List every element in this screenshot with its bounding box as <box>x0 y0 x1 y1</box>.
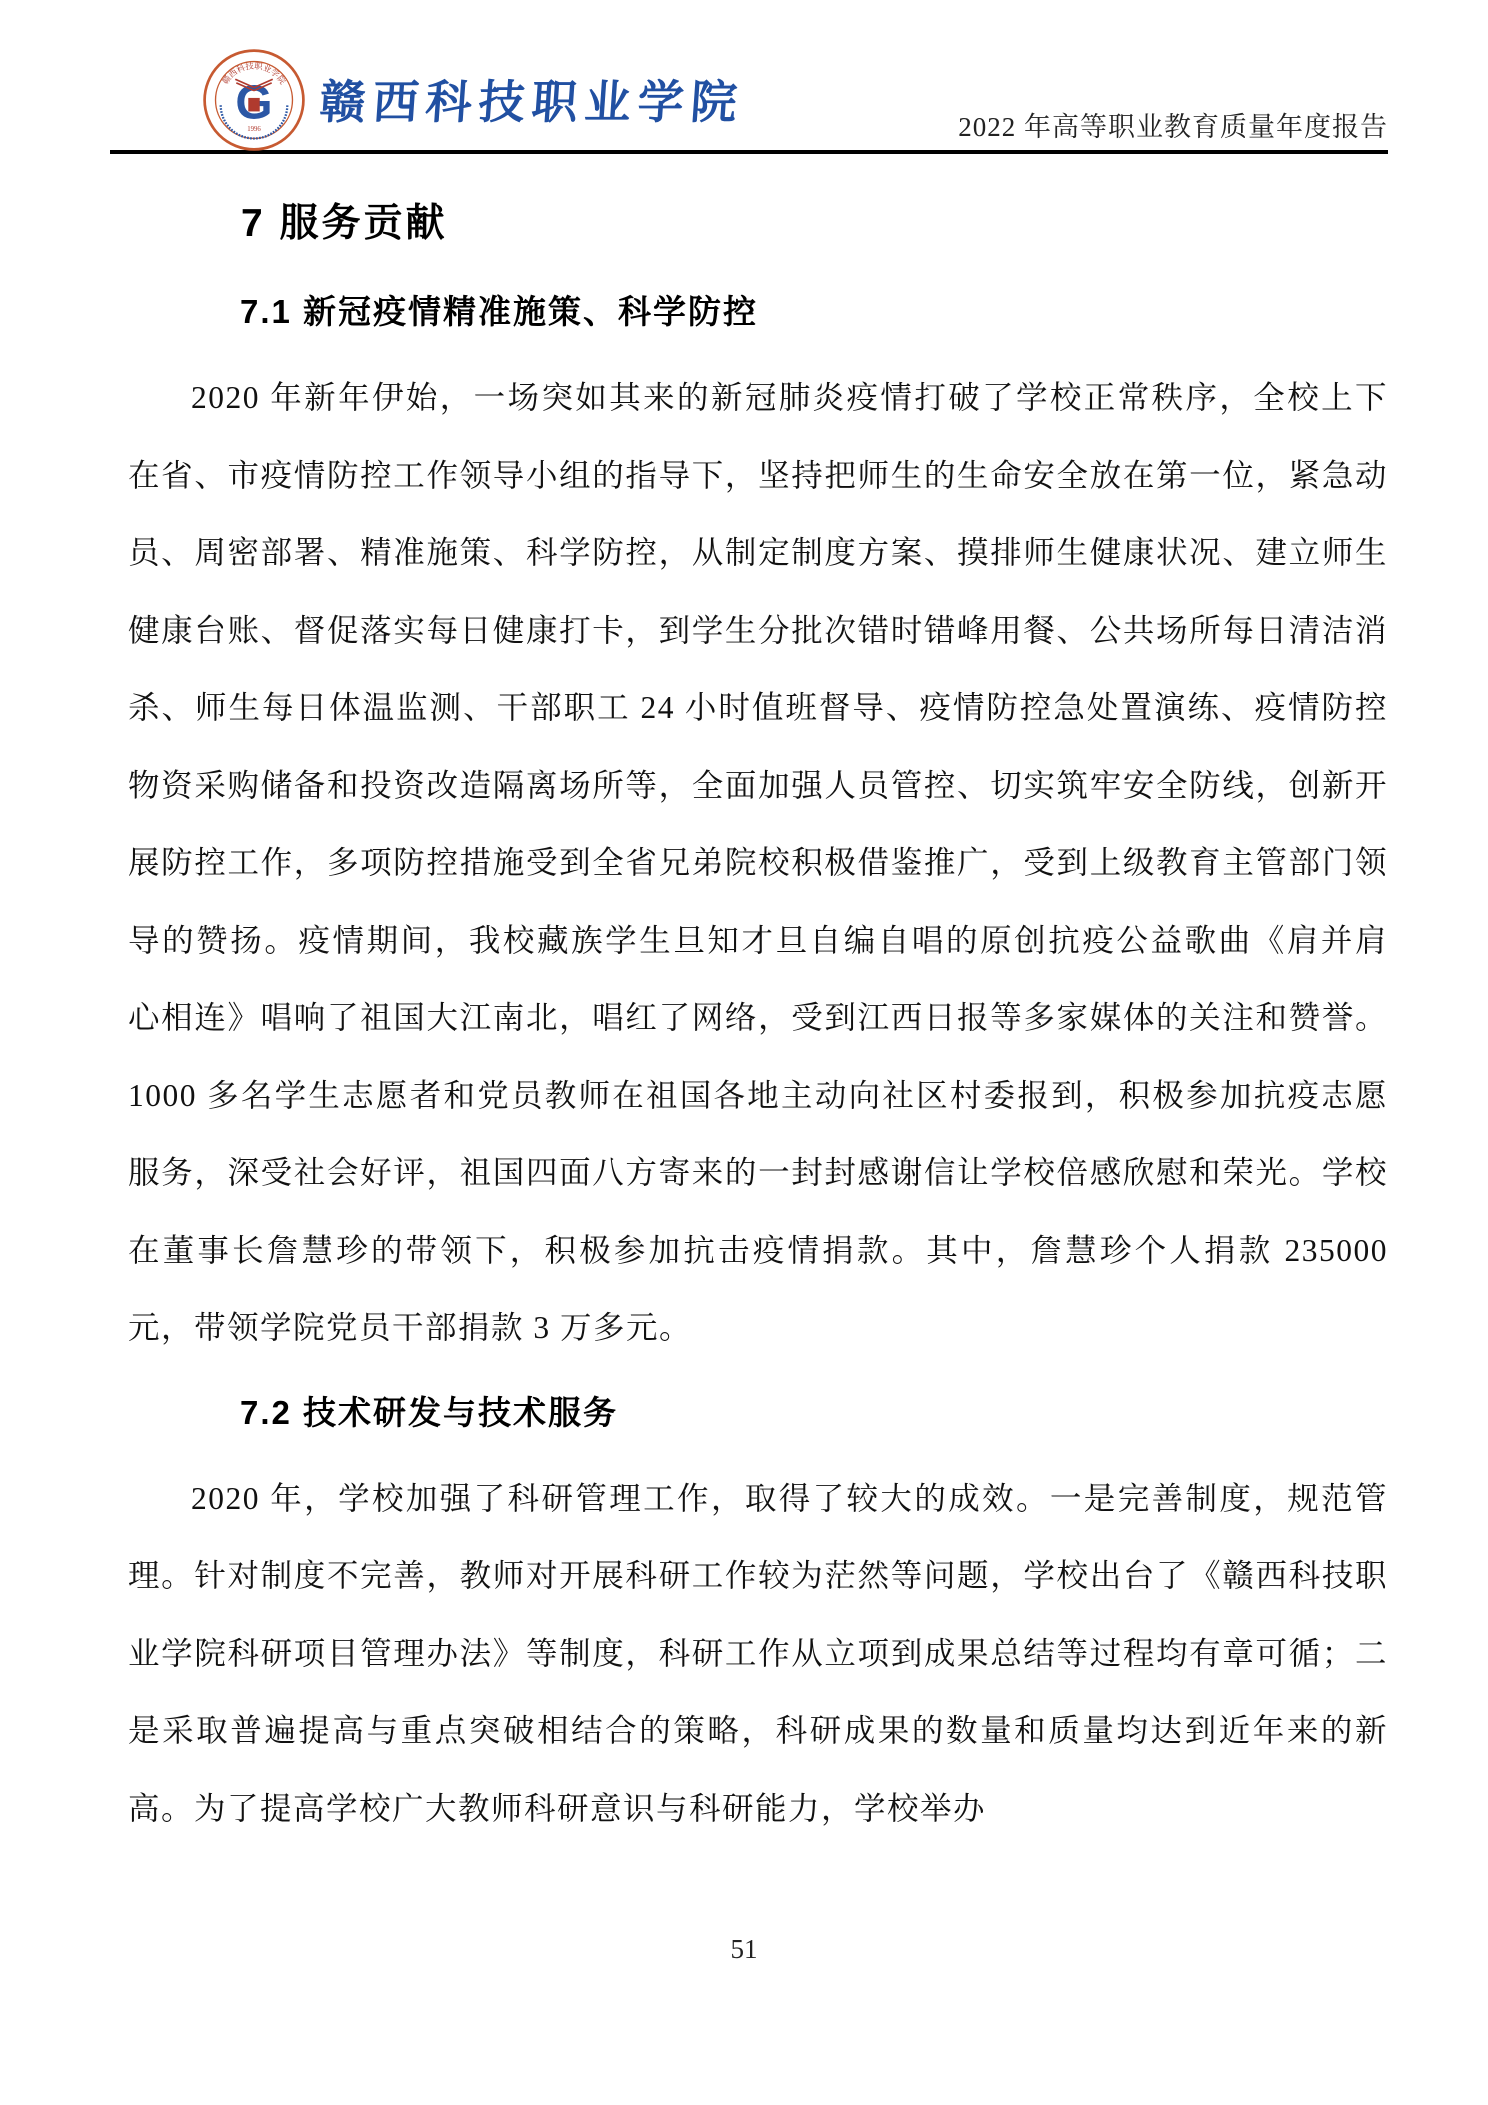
subsection-7-1-heading: 7.1 新冠疫情精准施策、科学防控 <box>240 286 1388 333</box>
school-name-logotype: 赣西科技职业学院 <box>318 66 747 132</box>
page-number: 51 <box>0 1934 1488 1965</box>
school-logo-icon: 赣西科技职业学院 G 1996 <box>202 48 306 152</box>
emblem-year: 1996 <box>247 126 261 133</box>
subsection-7-2-heading: 7.2 技术研发与技术服务 <box>240 1387 1388 1434</box>
emblem-center-mark <box>248 98 259 112</box>
section-title: 7 服务贡献 <box>241 192 1388 248</box>
page-header: 赣西科技职业学院 G 1996 赣西科技职业学院 2022 年高等职业教育质量年… <box>110 0 1388 154</box>
header-left: 赣西科技职业学院 G 1996 赣西科技职业学院 <box>110 48 744 150</box>
subsection-7-2-paragraph: 2020 年，学校加强了科研管理工作，取得了较大的成效。一是完善制度，规范管理。… <box>128 1460 1388 1848</box>
report-title: 2022 年高等职业教育质量年度报告 <box>958 105 1388 144</box>
subsection-7-1-paragraph: 2020 年新年伊始，一场突如其来的新冠肺炎疫情打破了学校正常秩序，全校上下在省… <box>128 359 1388 1367</box>
document-body: 7 服务贡献 7.1 新冠疫情精准施策、科学防控 2020 年新年伊始，一场突如… <box>128 150 1388 1847</box>
document-page: 赣西科技职业学院 G 1996 赣西科技职业学院 2022 年高等职业教育质量年… <box>0 0 1488 2105</box>
